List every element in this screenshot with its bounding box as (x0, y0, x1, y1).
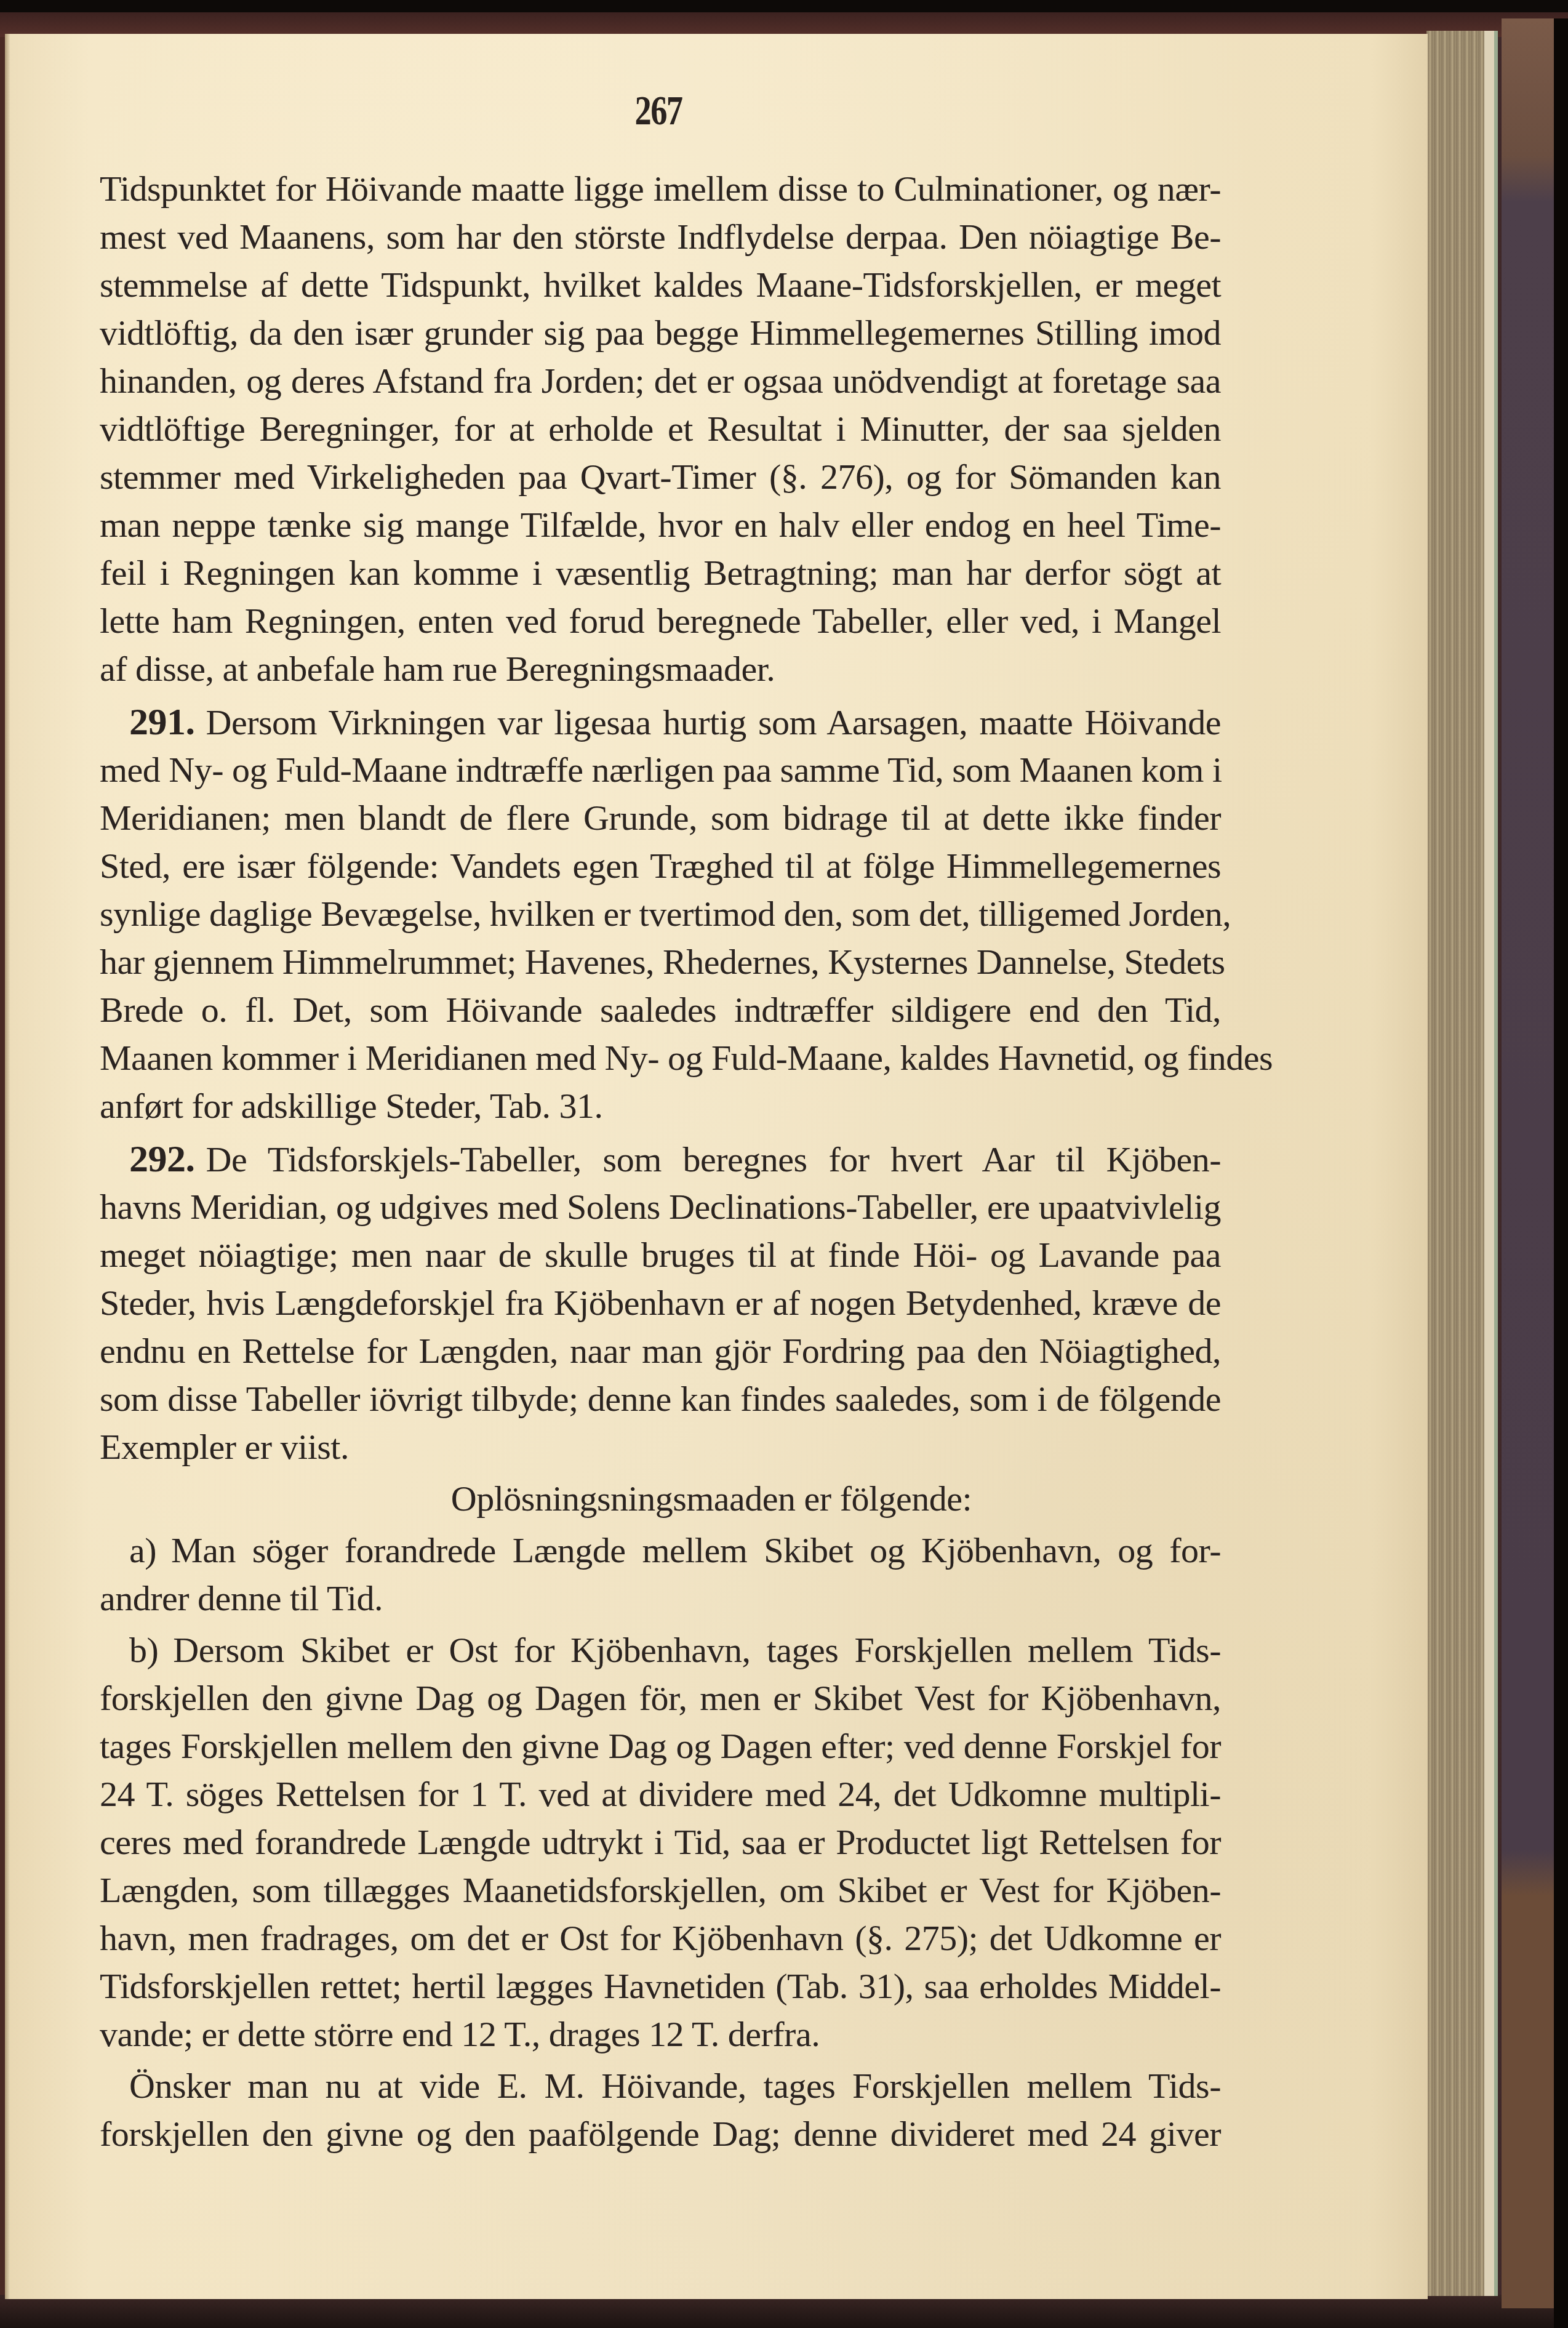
text-line: hinanden, og deres Afstand fra Jorden; d… (100, 359, 1221, 403)
text-line: Brede o. fl. Det, som Höivande saaledes … (100, 989, 1221, 1032)
item-marker: a) (129, 1530, 156, 1570)
item-text: Man söger forandrede Længde mellem Skibe… (171, 1530, 1221, 1570)
text-line: mest ved Maanens, som har den störste In… (100, 215, 1221, 259)
text-line: forskjellen den givne Dag og Dagen för, … (100, 1677, 1221, 1720)
text-line: meget nöiagtige; men naar de skulle brug… (100, 1234, 1221, 1277)
text-line: med Ny- og Fuld-Maane indtræffe nærligen… (100, 749, 1221, 792)
text-line: vidtlöftig, da den især grunder sig paa … (100, 311, 1221, 355)
text-line: tages Forskjellen mellem den givne Dag o… (100, 1725, 1221, 1768)
page-number: 267 (629, 86, 688, 135)
section-text: De Tidsforskjels-Tabeller, som beregnes … (206, 1139, 1222, 1179)
text-line: Steder, hvis Længdeforskjel fra Kjöbenha… (100, 1282, 1221, 1325)
section-292-first-line: 292.De Tidsforskjels-Tabeller, som bereg… (129, 1138, 1221, 1181)
text-line: feil i Regningen kan komme i væsentlig B… (100, 552, 1221, 595)
text-line: vande; er dette större end 12 T., drages… (100, 2013, 1221, 2056)
text-line: man neppe tænke sig mange Tilfælde, hvor… (100, 504, 1221, 547)
text-line: vidtlöftige Beregninger, for at erholde … (100, 407, 1221, 451)
text-line: ceres med forandrede Længde udtrykt i Ti… (100, 1821, 1221, 1864)
page-text: 267 Tidspunktet for Höivande maatte ligg… (0, 0, 1568, 2328)
item-marker: b) (129, 1630, 158, 1670)
text-line: havns Meridian, og udgives med Solens De… (100, 1186, 1221, 1229)
item-b-first-line: b)Dersom Skibet er Ost for Kjöbenhavn, t… (129, 1629, 1221, 1672)
text-line: Maanen kommer i Meridianen med Ny- og Fu… (100, 1037, 1221, 1080)
text-line: Længden, som tillægges Maanetidsforskjel… (100, 1869, 1221, 1912)
text-line: forskjellen den givne og den paafölgende… (100, 2113, 1221, 2156)
text-line: endnu en Rettelse for Længden, naar man … (100, 1330, 1221, 1373)
text-line: havn, men fradrages, om det er Ost for K… (100, 1917, 1221, 1960)
section-number: 292. (129, 1138, 195, 1180)
text-line: har gjennem Himmelrummet; Havenes, Rhede… (100, 941, 1221, 984)
text-line: Sted, ere især fölgende: Vandets egen Tr… (100, 845, 1221, 888)
text-line: stemmer med Virkeligheden paa Qvart-Time… (100, 456, 1221, 499)
section-291-first-line: 291.Dersom Virkningen var ligesaa hurtig… (129, 700, 1221, 744)
item-text: Dersom Skibet er Ost for Kjöbenhavn, tag… (173, 1630, 1221, 1670)
section-text: Dersom Virkningen var ligesaa hurtig som… (206, 702, 1222, 742)
text-line: Tidsforskjellen rettet; hertil lægges Ha… (100, 1965, 1221, 2008)
section-number: 291. (129, 701, 195, 743)
text-line: andrer denne til Tid. (100, 1577, 1221, 1620)
text-line: 24 T. söges Rettelsen for 1 T. ved at di… (100, 1773, 1221, 1816)
text-line: som disse Tabeller iövrigt tilbyde; denn… (100, 1378, 1221, 1421)
text-line: Meridianen; men blandt de flere Grunde, … (100, 797, 1221, 840)
text-line: stemmelse af dette Tidspunkt, hvilket ka… (100, 263, 1221, 307)
text-line: Exempler er viist. (100, 1426, 1221, 1469)
text-line: Tidspunktet for Höivande maatte ligge im… (100, 167, 1221, 211)
text-line: af disse, at anbefale ham rue Beregnings… (100, 648, 1221, 691)
closing-first-line: Önsker man nu at vide E. M. Höivande, ta… (129, 2065, 1221, 2108)
subheading: Oplösningsningsmaaden er fölgende: (0, 1477, 1423, 1520)
text-line: synlige daglige Bevægelse, hvilken er tv… (100, 893, 1221, 936)
text-line: anført for adskillige Steder, Tab. 31. (100, 1085, 1221, 1128)
text-line: lette ham Regningen, enten ved forud ber… (100, 600, 1221, 643)
item-a-first-line: a)Man söger forandrede Længde mellem Ski… (129, 1529, 1221, 1572)
